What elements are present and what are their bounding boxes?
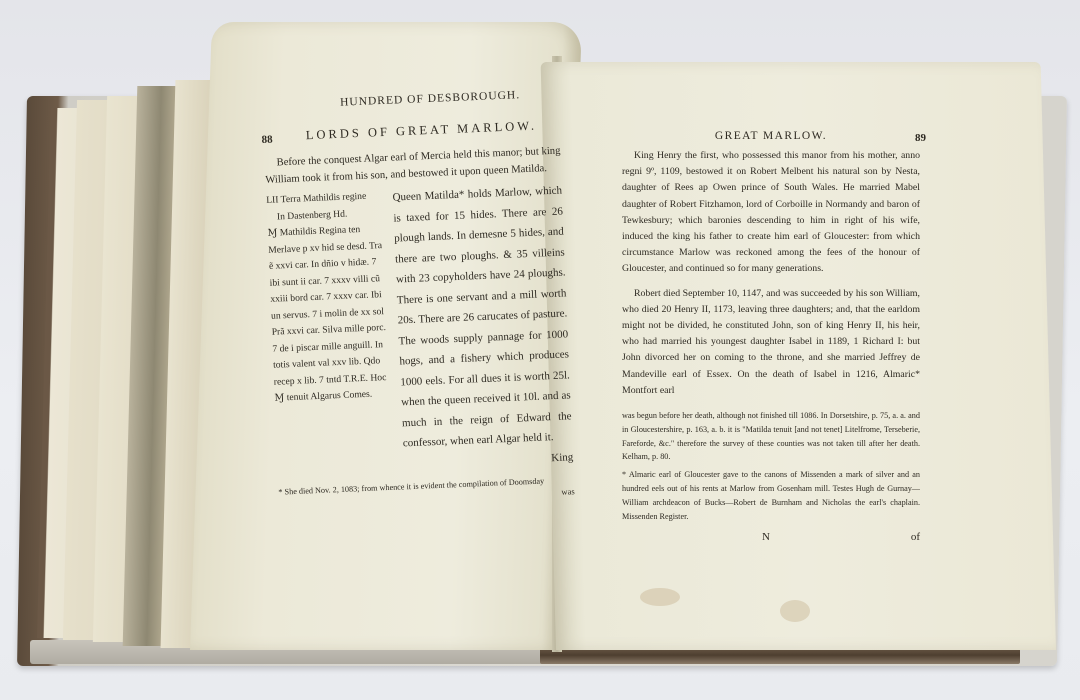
- latin-column: LII Terra Mathildis regine In Dastenberg…: [266, 188, 394, 480]
- footnote-continued: was begun before her death, although not…: [622, 409, 920, 464]
- paragraph: Robert died September 10, 1147, and was …: [622, 286, 920, 399]
- domesday-columns: LII Terra Mathildis regine In Dastenberg…: [266, 181, 574, 480]
- catchword: of: [911, 531, 920, 543]
- left-page-text: 88 HUNDRED OF DESBOROUGH. LORDS OF GREAT…: [262, 88, 575, 509]
- paragraph: King Henry the first, who possessed this…: [622, 148, 920, 278]
- running-head: GREAT MARLOW.: [622, 130, 920, 142]
- foxing-stain: [780, 600, 810, 622]
- latin-text: Ɱ Mathildis Regina ten Merlave p xv hid …: [267, 221, 391, 407]
- section-title: LORDS OF GREAT MARLOW.: [283, 118, 559, 145]
- page-number: 89: [915, 132, 926, 144]
- book-photo: 88 HUNDRED OF DESBOROUGH. LORDS OF GREAT…: [0, 0, 1080, 700]
- translation-column: Queen Matilda* holds Marlow, which is ta…: [392, 181, 573, 475]
- signature-mark: N: [762, 531, 770, 543]
- translation-text: Queen Matilda* holds Marlow, which is ta…: [392, 181, 573, 454]
- signature-line: N of: [622, 531, 920, 543]
- foxing-stain: [640, 588, 680, 606]
- footnote: * Almaric earl of Gloucester gave to the…: [622, 468, 920, 523]
- right-page-text: 89 GREAT MARLOW. King Henry the first, w…: [622, 130, 920, 543]
- page-number: 88: [261, 134, 272, 146]
